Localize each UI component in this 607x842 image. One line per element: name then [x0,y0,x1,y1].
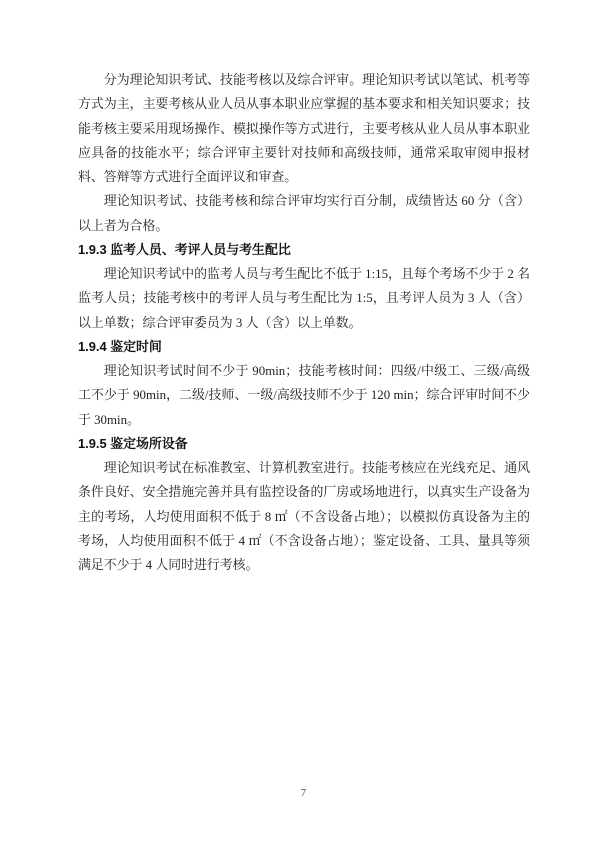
paragraph-examiner-ratio: 理论知识考试中的监考人员与考生配比不低于 1:15，且每个考场不少于 2 名监考… [78,262,530,335]
paragraph-venue-equipment: 理论知识考试在标准教室、计算机教室进行。技能考核应在光线充足、通风条件良好、安全… [78,456,530,577]
page-footer: 7 [0,787,607,801]
document-page: 分为理论知识考试、技能考核以及综合评审。理论知识考试以笔试、机考等方式为主，主要… [0,0,607,842]
paragraph-assessment-methods: 分为理论知识考试、技能考核以及综合评审。理论知识考试以笔试、机考等方式为主，主要… [78,68,530,189]
paragraph-assessment-time: 理论知识考试时间不少于 90min；技能考核时间：四级/中级工、三级/高级工不少… [78,359,530,432]
page-number: 7 [301,788,306,799]
paragraph-passing-score: 理论知识考试、技能考核和综合评审均实行百分制，成绩皆达 60 分（含）以上者为合… [78,189,530,238]
document-body: 分为理论知识考试、技能考核以及综合评审。理论知识考试以笔试、机考等方式为主，主要… [78,68,530,577]
section-heading-1-9-5: 1.9.5 鉴定场所设备 [78,432,530,456]
section-heading-1-9-3: 1.9.3 监考人员、考评人员与考生配比 [78,238,530,262]
section-heading-1-9-4: 1.9.4 鉴定时间 [78,335,530,359]
